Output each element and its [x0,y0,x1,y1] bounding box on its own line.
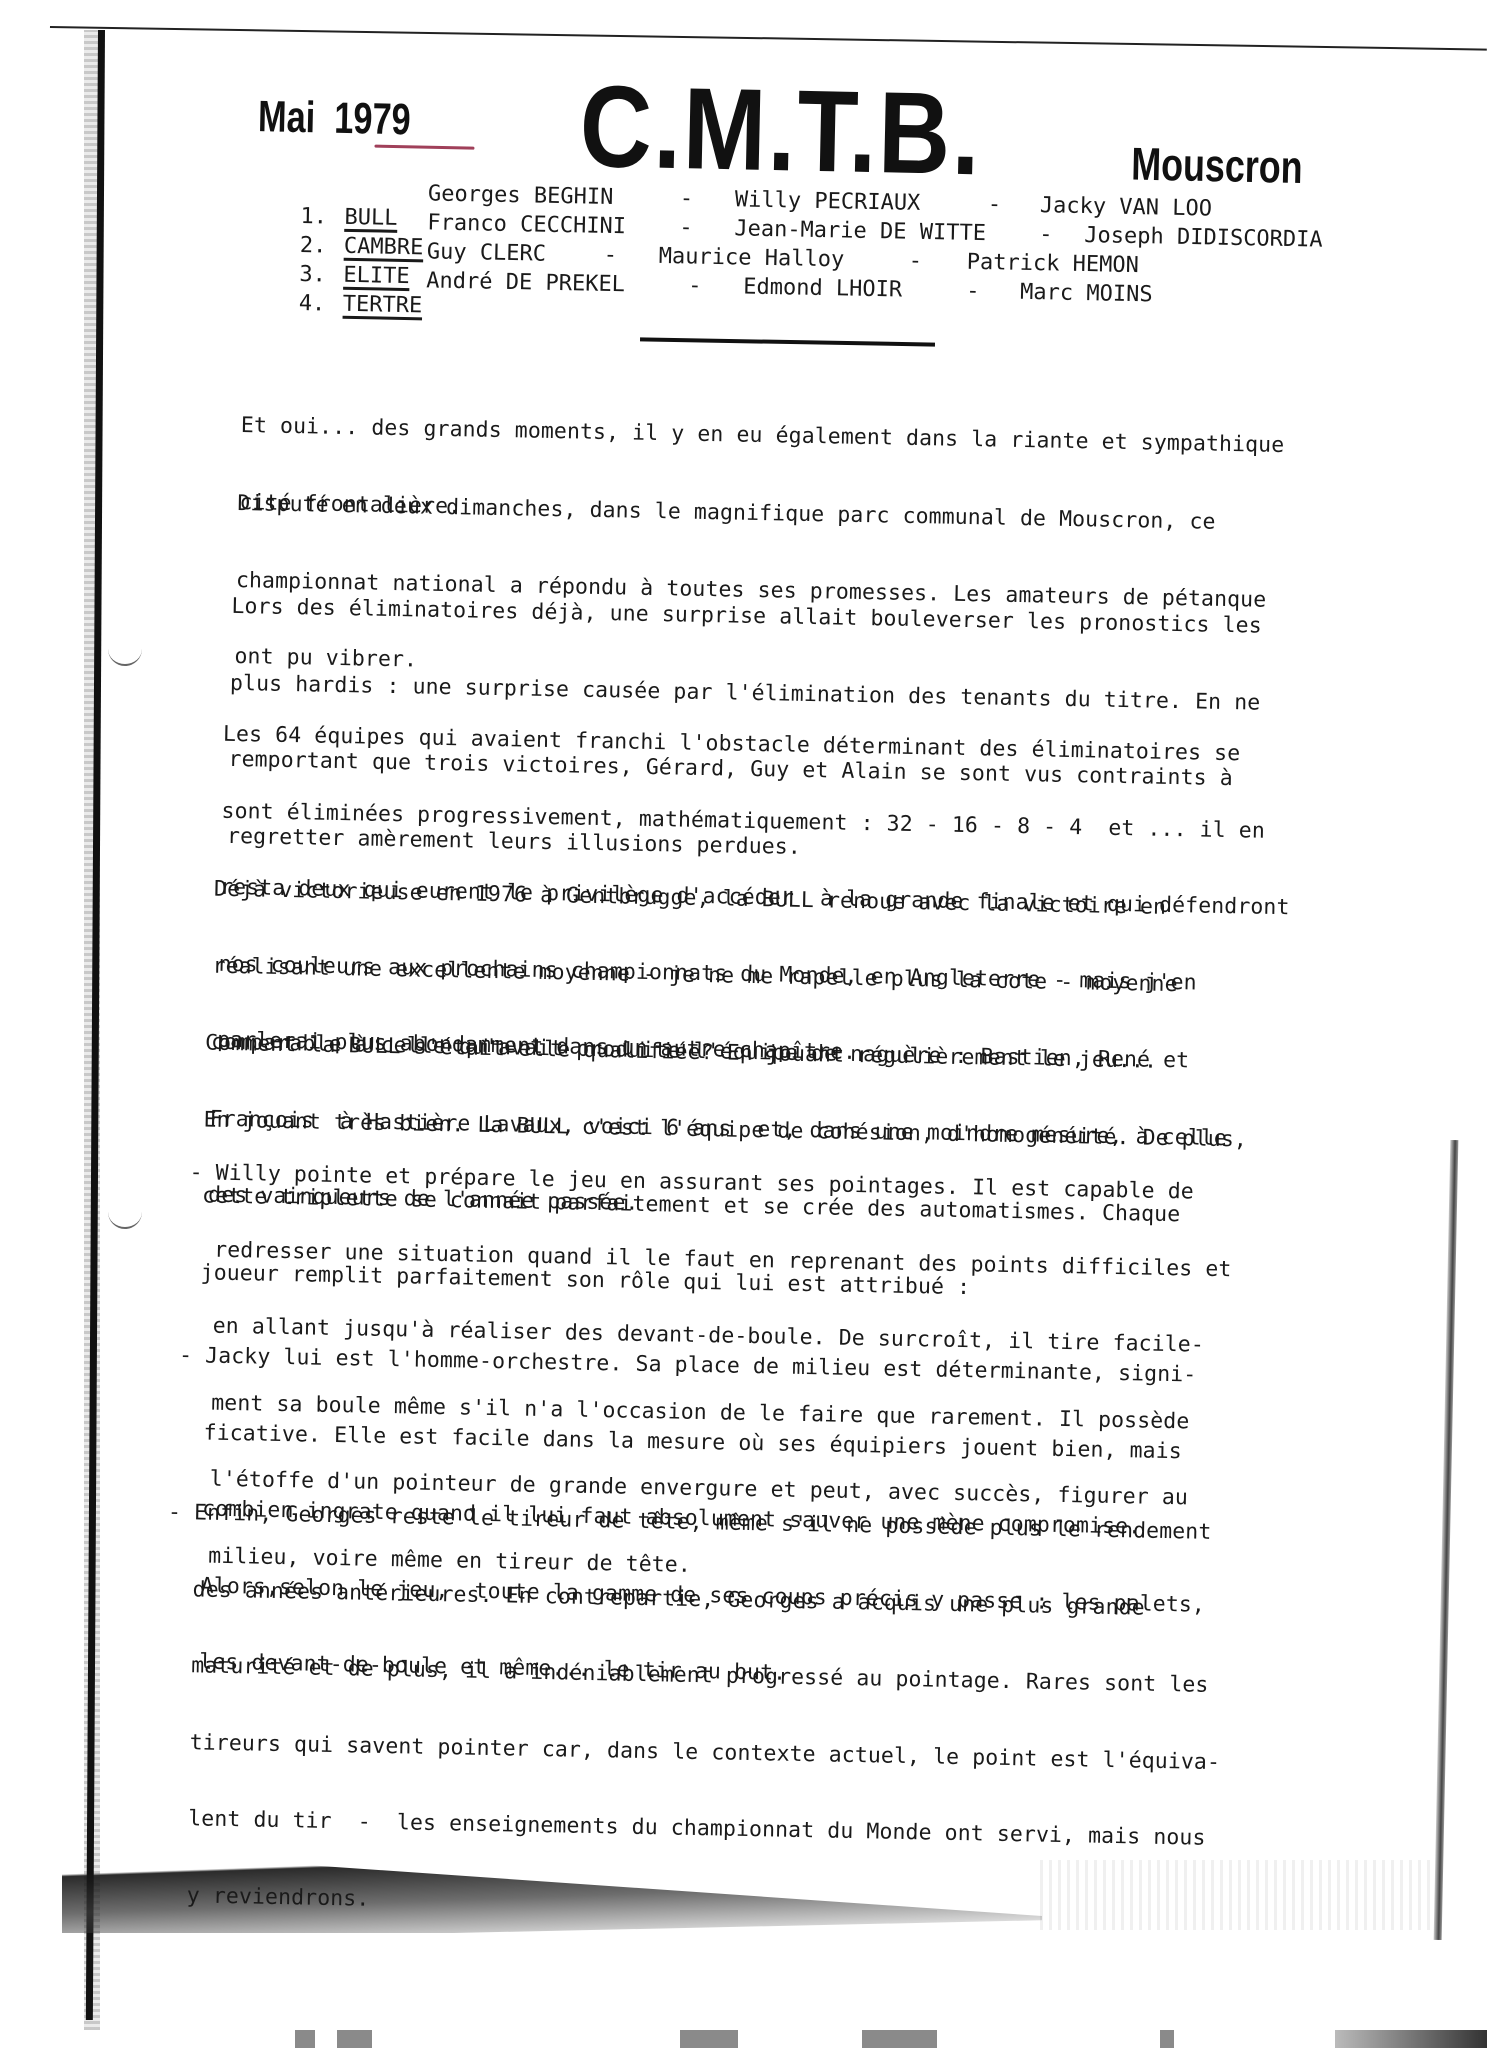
text-line: - Enfin, Georges reste le tireur de tête… [168,1500,1225,1546]
text-line: y reviendrons. [160,1882,1217,1928]
text-line: maturité et de plus, il a indéniablement… [165,1653,1222,1699]
text-line: lent du tir - les enseignements du champ… [162,1806,1219,1852]
bullet-item: - Enfin, Georges reste le tireur de tête… [159,1449,1225,1979]
text-line: tireurs qui savent pointer car, dans le … [163,1729,1220,1775]
scan-mark [680,2030,738,2048]
scan-mark [1335,2030,1487,2048]
text-line: - Jacky lui est l'homme-orchestre. Sa pl… [179,1343,1210,1388]
text-line: redresser une situation quand il le faut… [188,1237,1232,1283]
text-line: Disputé en deux dimanches, dans le magni… [237,491,1268,536]
text-line: Les 64 équipes qui avaient franchi l'obs… [223,722,1293,768]
text-line: Déjà victorieuse en 1976 à Gentbrugge, l… [214,877,1232,922]
text-line: Comment la BULL s'était-elle qualifiée? … [205,1030,1249,1076]
text-line: Lors des éliminatoires déjà, une surpris… [231,594,1262,639]
scan-mark [1160,2030,1174,2048]
scan-mark [295,2030,315,2048]
article-body: Et oui... des grands moments, il y en eu… [0,0,1487,1824]
text-line: des années antérieures. En contrepartie,… [166,1576,1223,1622]
scan-mark [337,2030,372,2048]
text-line: - Willy pointe et prépare le jeu en assu… [189,1160,1233,1206]
scan-mark [862,2030,937,2048]
